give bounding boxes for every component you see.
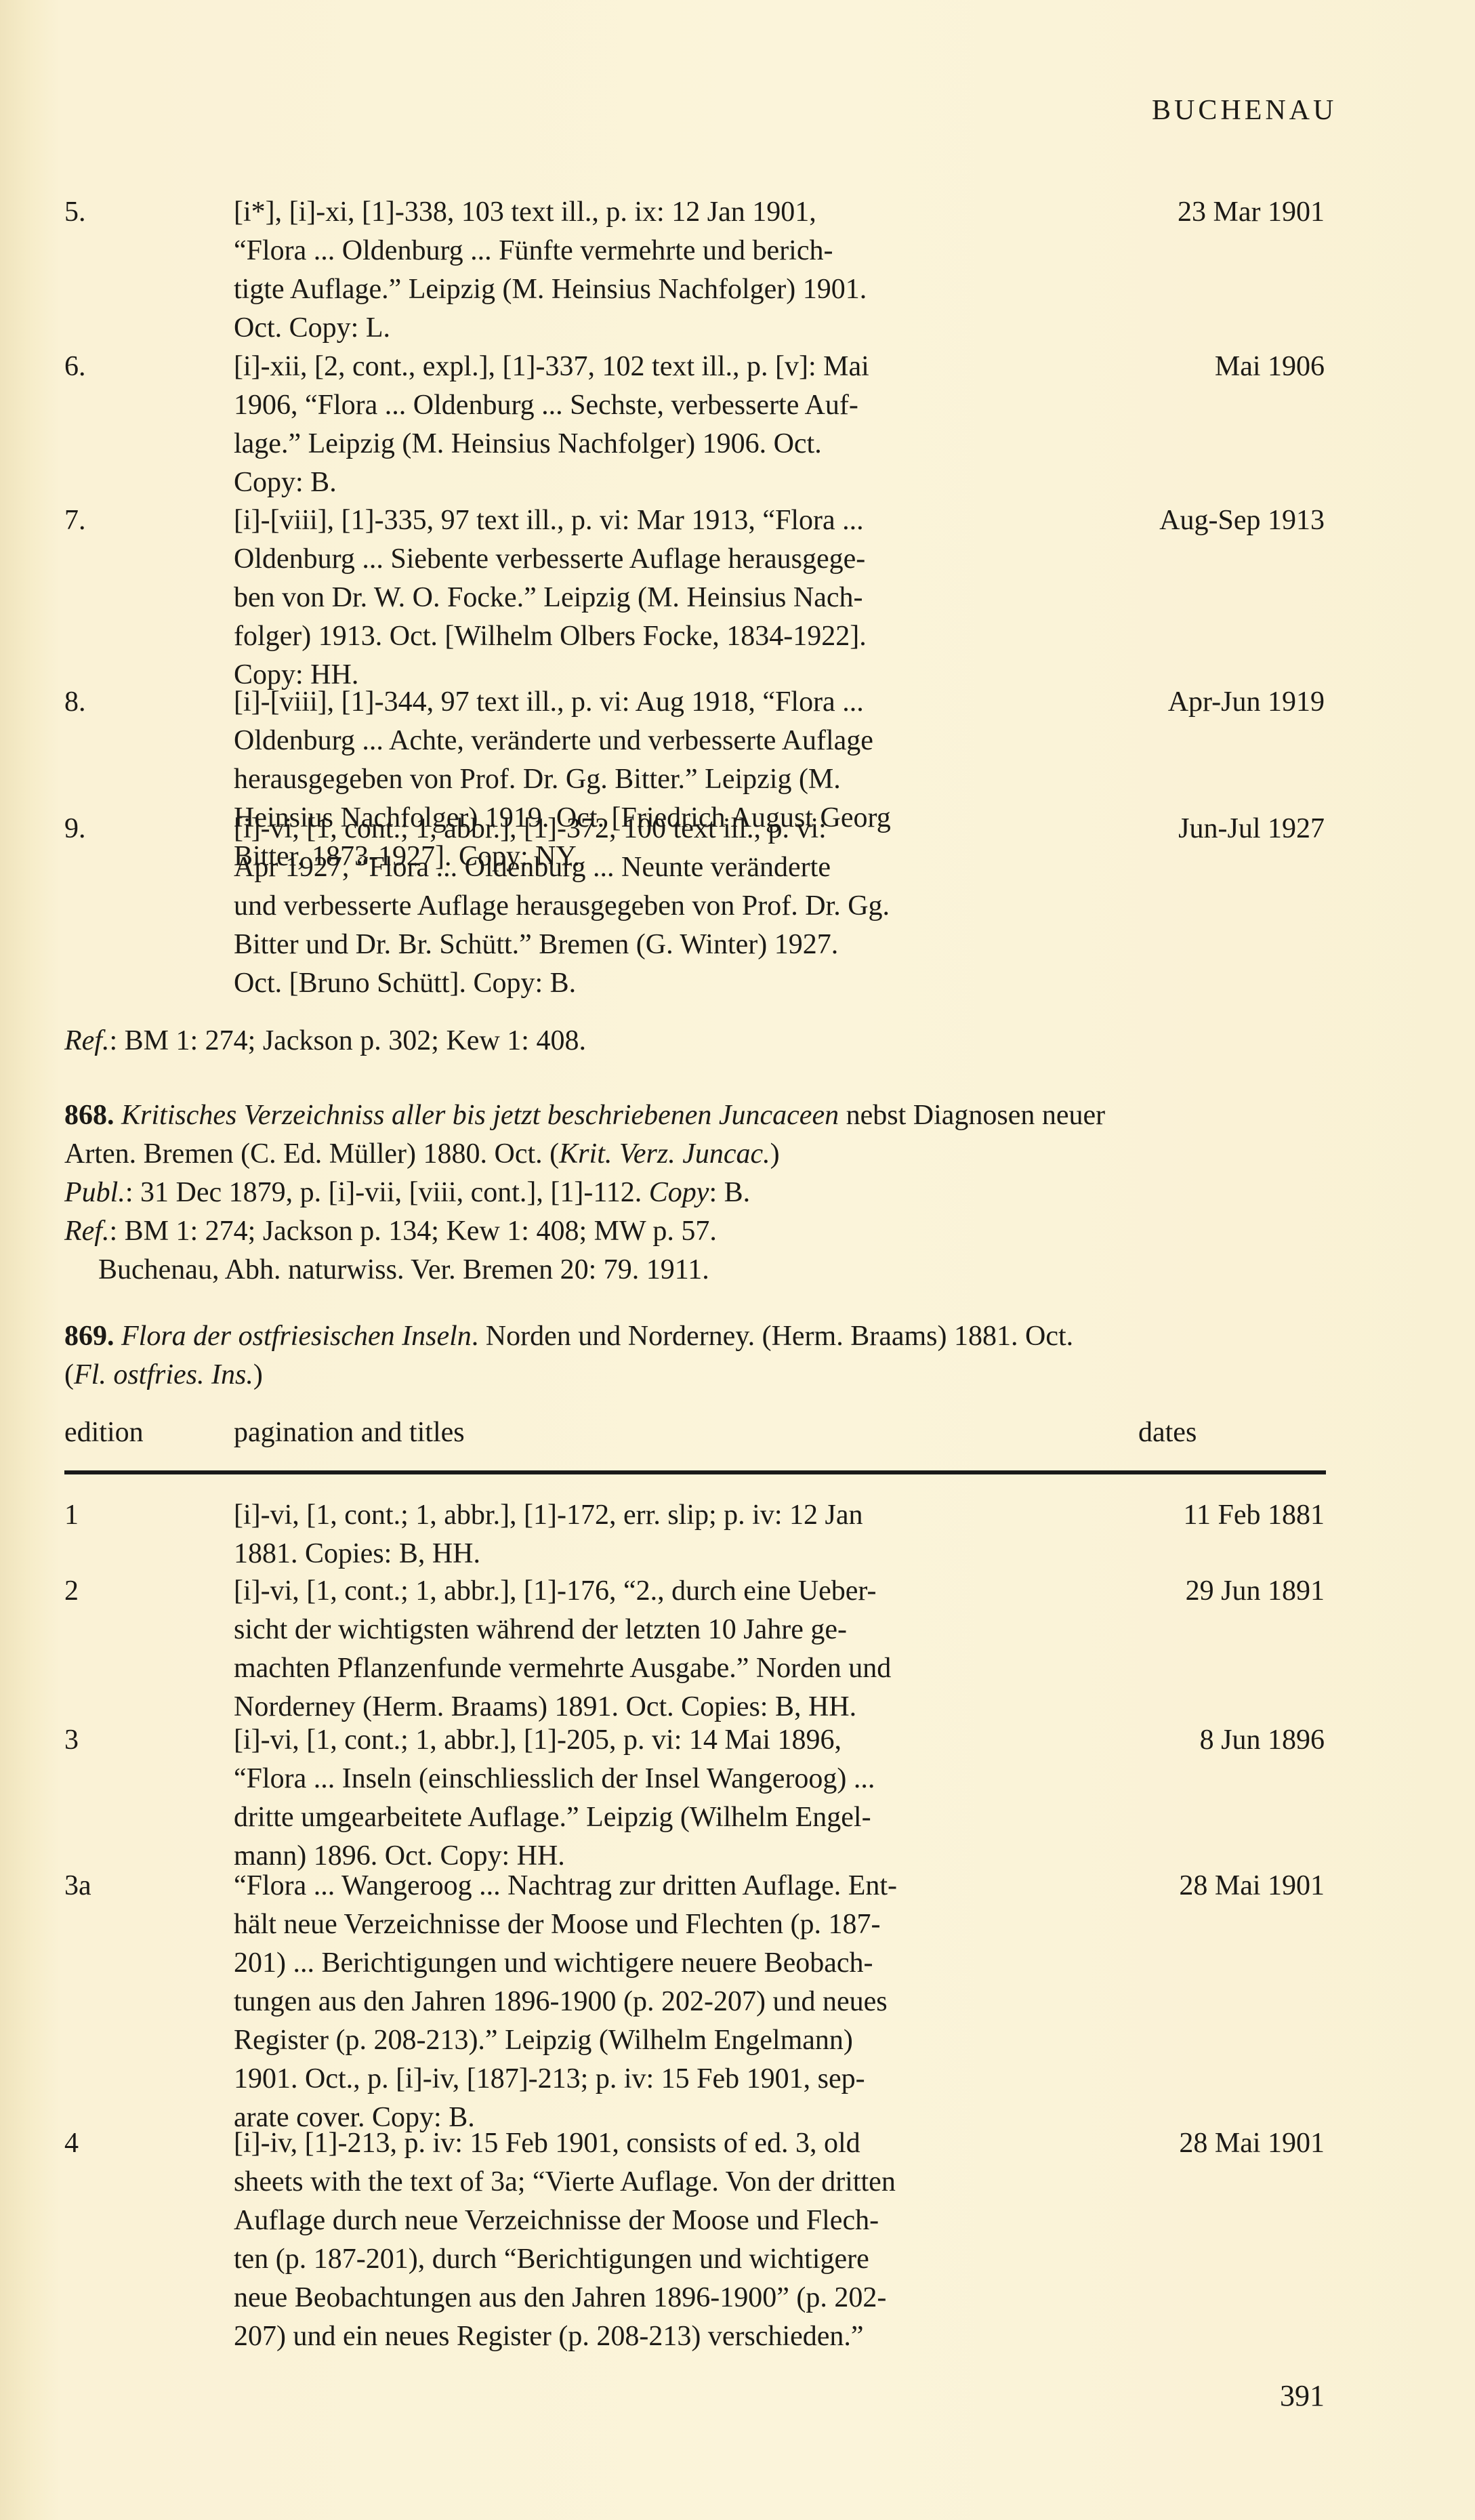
publ-label: Publ. xyxy=(64,1177,125,1208)
edition-number: 5. xyxy=(64,193,200,232)
abbreviation: Krit. Verz. Juncac. xyxy=(559,1138,770,1170)
edition-description: [i]-xii, [2, cont., expl.], [1]-337, 102… xyxy=(234,348,1067,502)
edition-number: 7. xyxy=(64,501,200,540)
book-page: BUCHENAU 5. [i*], [i]-xi, [1]-338, 103 t… xyxy=(0,0,1475,2520)
prior-entry-references: Ref.: BM 1: 274; Jackson p. 302; Kew 1: … xyxy=(64,1022,1325,1060)
running-head: BUCHENAU xyxy=(1152,91,1325,130)
line: und verbesserte Auflage herausgegeben vo… xyxy=(234,887,1067,926)
line: Apr 1927, “Flora ... Oldenburg ... Neunt… xyxy=(234,848,1067,887)
entry-number: 869. xyxy=(64,1321,115,1352)
line: tigte Auflage.” Leipzig (M. Heinsius Nac… xyxy=(234,270,1067,309)
edition-date: Jun-Jul 1927 xyxy=(1121,810,1325,848)
line: [i]-vi, [1, cont.; 1, abbr.], [1]-372, 1… xyxy=(234,810,1067,848)
edition-description: [i]-vi, [1, cont.; 1, abbr.], [1]-176, “… xyxy=(234,1572,1071,1727)
column-header-edition: edition xyxy=(64,1416,144,1449)
line: [i]-[viii], [1]-344, 97 text ill., p. vi… xyxy=(234,683,1067,722)
line: folger) 1913. Oct. [Wilhelm Olbers Focke… xyxy=(234,617,1067,656)
edition-description: [i]-vi, [1, cont.; 1, abbr.], [1]-372, 1… xyxy=(234,810,1067,1003)
entry-868-references: Ref.: BM 1: 274; Jackson p. 134; Kew 1: … xyxy=(64,1212,1325,1251)
edition-date: Aug-Sep 1913 xyxy=(1121,501,1325,540)
edition-number: 4 xyxy=(64,2124,166,2163)
ref-label: Ref. xyxy=(64,1216,109,1247)
edition-date: 11 Feb 1881 xyxy=(1128,1496,1325,1535)
edition-date: 28 Mai 1901 xyxy=(1128,2124,1325,2163)
edition-description: [i]-vi, [1, cont.; 1, abbr.], [1]-172, e… xyxy=(234,1496,1071,1573)
edition-description: [i*], [i]-xi, [1]-338, 103 text ill., p.… xyxy=(234,193,1067,348)
entry-868-publication: Publ.: 31 Dec 1879, p. [i]-vii, [viii, c… xyxy=(64,1174,1325,1212)
entry-number: 868. xyxy=(64,1100,115,1131)
line: [i]-[viii], [1]-335, 97 text ill., p. vi… xyxy=(234,501,1067,540)
line: Oct. Copy: L. xyxy=(234,309,1067,348)
column-header-dates: dates xyxy=(1138,1416,1197,1449)
entry-868-title-line: 868. Kritisches Verzeichniss aller bis j… xyxy=(64,1096,1325,1135)
entry-868: 868. Kritisches Verzeichniss aller bis j… xyxy=(64,1096,1325,1289)
line: Oct. [Bruno Schütt]. Copy: B. xyxy=(234,964,1067,1003)
edition-number: 1 xyxy=(64,1496,166,1535)
edition-number: 3 xyxy=(64,1721,166,1760)
edition-date: Mai 1906 xyxy=(1121,348,1325,386)
entry-869-title-line: 869. Flora der ostfriesischen Inseln. No… xyxy=(64,1317,1325,1356)
edition-description: [i]-vi, [1, cont.; 1, abbr.], [1]-205, p… xyxy=(234,1721,1071,1876)
line: Bitter und Dr. Br. Schütt.” Bremen (G. W… xyxy=(234,926,1067,964)
edition-number: 2 xyxy=(64,1572,166,1611)
line: Oldenburg ... Siebente verbesserte Aufla… xyxy=(234,540,1067,579)
edition-number: 3a xyxy=(64,1867,166,1905)
ref-text: : BM 1: 274; Jackson p. 302; Kew 1: 408. xyxy=(109,1025,585,1056)
entry-869-abbreviation: (Fl. ostfries. Ins.) xyxy=(64,1356,1325,1395)
edition-number: 9. xyxy=(64,810,200,848)
edition-date: 23 Mar 1901 xyxy=(1121,193,1325,232)
edition-date: Apr-Jun 1919 xyxy=(1121,683,1325,722)
edition-date: 8 Jun 1896 xyxy=(1128,1721,1325,1760)
ref-label: Ref. xyxy=(64,1025,109,1056)
edition-number: 8. xyxy=(64,683,200,722)
entry-title: Flora der ostfriesischen Inseln xyxy=(121,1321,472,1352)
line: ben von Dr. W. O. Focke.” Leipzig (M. He… xyxy=(234,579,1067,617)
line: Oldenburg ... Achte, veränderte und verb… xyxy=(234,722,1067,760)
line: 1906, “Flora ... Oldenburg ... Sechste, … xyxy=(234,386,1067,425)
edition-description: “Flora ... Wangeroog ... Nachtrag zur dr… xyxy=(234,1867,1071,2137)
line: [i]-xii, [2, cont., expl.], [1]-337, 102… xyxy=(234,348,1067,386)
table-header-rule xyxy=(64,1470,1326,1474)
entry-868-imprint: Arten. Bremen (C. Ed. Müller) 1880. Oct.… xyxy=(64,1135,1325,1174)
line: lage.” Leipzig (M. Heinsius Nachfolger) … xyxy=(234,425,1067,463)
entry-title-rest: nebst Diagnosen neuer xyxy=(839,1100,1105,1131)
copy-label: Copy xyxy=(649,1177,709,1208)
entry-868-note: Buchenau, Abh. naturwiss. Ver. Bremen 20… xyxy=(64,1251,1325,1289)
entry-title: Kritisches Verzeichniss aller bis jetzt … xyxy=(121,1100,839,1131)
line: Copy: B. xyxy=(234,463,1067,502)
page-number: 391 xyxy=(1260,2378,1325,2413)
edition-number: 6. xyxy=(64,348,200,386)
line: “Flora ... Oldenburg ... Fünfte vermehrt… xyxy=(234,232,1067,270)
edition-description: [i]-iv, [1]-213, p. iv: 15 Feb 1901, con… xyxy=(234,2124,1071,2356)
entry-title-rest: . Norden und Norderney. (Herm. Braams) 1… xyxy=(472,1321,1073,1352)
edition-date: 28 Mai 1901 xyxy=(1128,1867,1325,1905)
column-header-pagination: pagination and titles xyxy=(234,1416,465,1449)
edition-date: 29 Jun 1891 xyxy=(1128,1572,1325,1611)
edition-description: [i]-[viii], [1]-335, 97 text ill., p. vi… xyxy=(234,501,1067,695)
line: herausgegeben von Prof. Dr. Gg. Bitter.”… xyxy=(234,760,1067,799)
entry-869: 869. Flora der ostfriesischen Inseln. No… xyxy=(64,1317,1325,1395)
line: [i*], [i]-xi, [1]-338, 103 text ill., p.… xyxy=(234,193,1067,232)
